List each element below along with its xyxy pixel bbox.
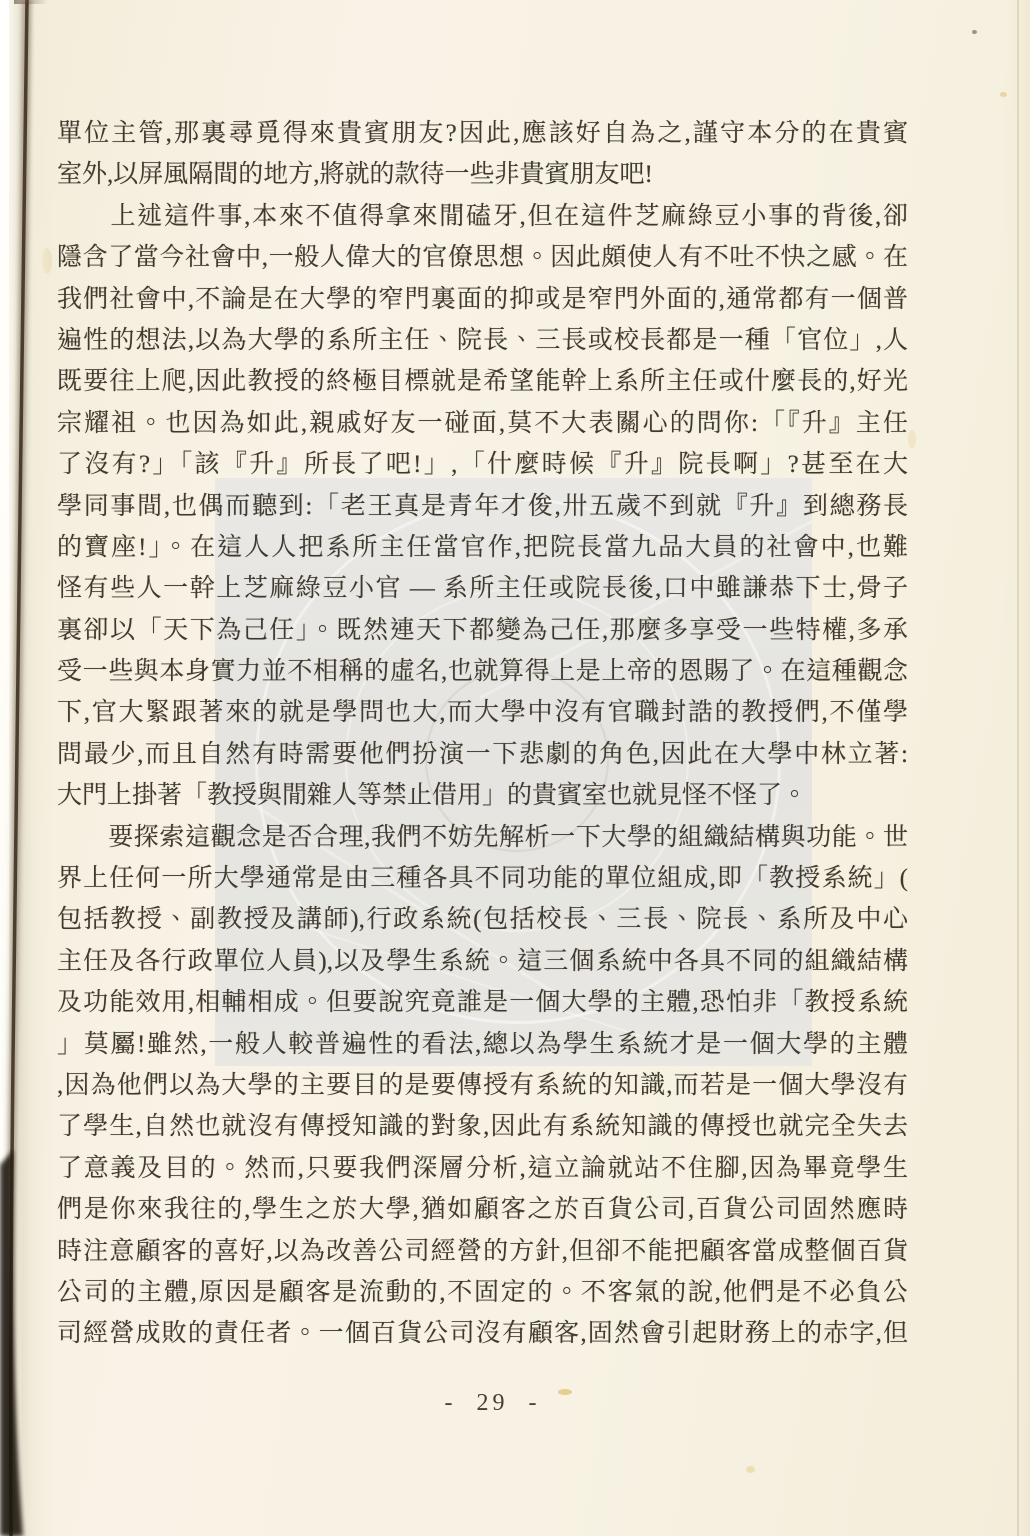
text-line: 學同事間,也偶而聽到:「老王真是青年才俊,卅五歲不到就『升』到總務長 (57, 486, 908, 527)
text-line: 宗耀祖。也因為如此,親戚好友一碰面,莫不大表關心的問你:「『升』主任 (57, 403, 908, 444)
text-line: 要探索這觀念是否合理,我們不妨先解析一下大學的組織結構與功能。世 (57, 817, 908, 858)
text-line: 了學生,自然也就沒有傳授知識的對象,因此有系統知識的傳授也就完全失去 (57, 1106, 908, 1147)
text-line: 怪有些人一幹上芝麻綠豆小官 — 系所主任或院長後,口中雖謙恭下士,骨子 (57, 568, 908, 609)
text-line: 主任及各行政單位人員),以及學生系統。這三個系統中各具不同的組織結構 (57, 941, 908, 982)
page-right-edge (1002, 0, 1030, 1536)
text-line: 的寶座!」。在這人人把系所主任當官作,把院長當九品大員的社會中,也難 (57, 527, 908, 568)
page-number: - 29 - (57, 1390, 928, 1417)
text-line: 下,官大緊跟著來的就是學問也大,而大學中沒有官職封誥的教授們,不僅學 (57, 692, 908, 733)
text-line: 既要往上爬,因此教授的終極目標就是希望能幹上系所主任或什麼長的,好光 (57, 361, 908, 402)
text-line: 受一些與本身實力並不相稱的虛名,也就算得上是上帝的恩賜了。在這種觀念 (57, 651, 908, 692)
book-spine-shadow (0, 0, 60, 1536)
text-line: 隱含了當今社會中,一般人偉大的官僚思想。因此頗使人有不吐不快之感。在 (57, 237, 908, 278)
text-line: 時注意顧客的喜好,以為改善公司經營的方針,但卻不能把顧客當成整個百貨 (57, 1231, 908, 1272)
scan-edge-white (0, 0, 9, 1137)
text-line: 室外,以屏風隔間的地方,將就的款待一些非貴賓朋友吧! (57, 154, 908, 195)
text-line: 界上任何一所大學通常是由三種各具不同功能的單位組成,即「教授系統」( (57, 858, 908, 899)
text-line: 及功能效用,相輔相成。但要說究竟誰是一個大學的主體,恐怕非「教授系統 (57, 982, 908, 1023)
text-line: 遍性的想法,以為大學的系所主任、院長、三長或校長都是一種「官位」,人 (57, 320, 908, 361)
text-line: 了沒有?」「該『升』所長了吧!」,「什麼時候『升』院長啊」?甚至在大 (57, 444, 908, 485)
text-line: ,因為他們以為大學的主要目的是要傳授有系統的知識,而若是一個大學沒有 (57, 1065, 908, 1106)
scan-edge-top (14, 0, 48, 4)
text-line: 大門上掛著「教授與閒雜人等禁止借用」的貴賓室也就見怪不怪了。 (57, 775, 908, 816)
text-line: 了意義及目的。然而,只要我們深層分析,這立論就站不住腳,因為畢竟學生 (57, 1148, 908, 1189)
text-line: 公司的主體,原因是顧客是流動的,不固定的。不客氣的說,他們是不必負公 (57, 1272, 908, 1313)
text-line: 我們社會中,不論是在大學的窄門裏面的抑或是窄門外面的,通常都有一個普 (57, 279, 908, 320)
page-right-edge-line (1017, 0, 1019, 1536)
age-spot (746, 1466, 755, 1473)
age-spot (972, 30, 977, 34)
text-line: 單位主管,那裏尋覓得來貴賓朋友?因此,應該好自為之,謹守本分的在貴賓 (57, 113, 908, 154)
text-line: 司經營成敗的責任者。一個百貨公司沒有顧客,固然會引起財務上的赤字,但 (57, 1313, 908, 1354)
text-line: 問最少,而且自然有時需要他們扮演一下悲劇的角色,因此在大學中林立著: (57, 734, 908, 775)
text-line: 包括教授、副教授及講師),行政系統(包括校長、三長、院長、系所及中心 (57, 899, 908, 940)
body-text: 單位主管,那裏尋覓得來貴賓朋友?因此,應該好自為之,謹守本分的在貴賓室外,以屏風… (57, 113, 908, 1355)
text-line: 上述這件事,本來不值得拿來閒磕牙,但在這件芝麻綠豆小事的背後,卻 (57, 196, 908, 237)
book-page: 單位主管,那裏尋覓得來貴賓朋友?因此,應該好自為之,謹守本分的在貴賓室外,以屏風… (0, 0, 1030, 1536)
text-line: 裏卻以「天下為己任」。既然連天下都變為己任,那麼多享受一些特權,多承 (57, 610, 908, 651)
text-line: 們是你來我往的,學生之於大學,猶如顧客之於百貨公司,百貨公司固然應時 (57, 1189, 908, 1230)
text-line: 」莫屬!雖然,一般人較普遍性的看法,總以為學生系統才是一個大學的主體 (57, 1024, 908, 1065)
age-spot (908, 430, 916, 448)
